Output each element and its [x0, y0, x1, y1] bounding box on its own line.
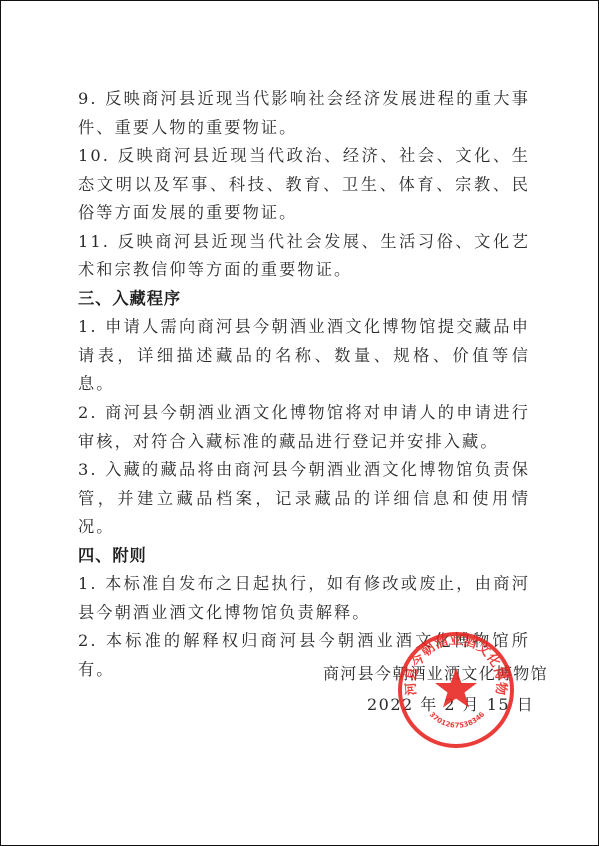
list-item: 10. 反映商河县近现当代政治、经济、社会、文化、生态文明以及军事、科技、教育、…: [78, 142, 530, 228]
list-item: 1. 申请人需向商河县今朝酒业酒文化博物馆提交藏品申请表，详细描述藏品的名称、数…: [78, 313, 530, 399]
section-heading-procedure: 三、入藏程序: [78, 285, 530, 314]
svg-text:3701267538346: 3701267538346: [428, 710, 487, 729]
official-seal-icon: 商河县今朝酒业酒文化博物馆 3701267538346: [396, 630, 516, 750]
list-item: 2. 商河县今朝酒业酒文化博物馆将对申请人的申请进行审核，对符合入藏标准的藏品进…: [78, 399, 530, 456]
list-item: 11. 反映商河县近现当代社会发展、生活习俗、文化艺术和宗教信仰等方面的重要物证…: [78, 228, 530, 285]
star-icon: [435, 668, 477, 708]
list-item: 1. 本标准自发布之日起执行，如有修改或废止，由商河县今朝酒业酒文化博物馆负责解…: [78, 570, 530, 627]
document-page: 9. 反映商河县近现当代影响社会经济发展进程的重大事件、重要人物的重要物证。 1…: [0, 0, 599, 846]
section-heading-appendix: 四、附则: [78, 542, 530, 571]
list-item: 9. 反映商河县近现当代影响社会经济发展进程的重大事件、重要人物的重要物证。: [78, 85, 530, 142]
document-body: 9. 反映商河县近现当代影响社会经济发展进程的重大事件、重要人物的重要物证。 1…: [78, 85, 530, 684]
list-item: 3. 入藏的藏品将由商河县今朝酒业酒文化博物馆负责保管，并建立藏品档案，记录藏品…: [78, 456, 530, 542]
